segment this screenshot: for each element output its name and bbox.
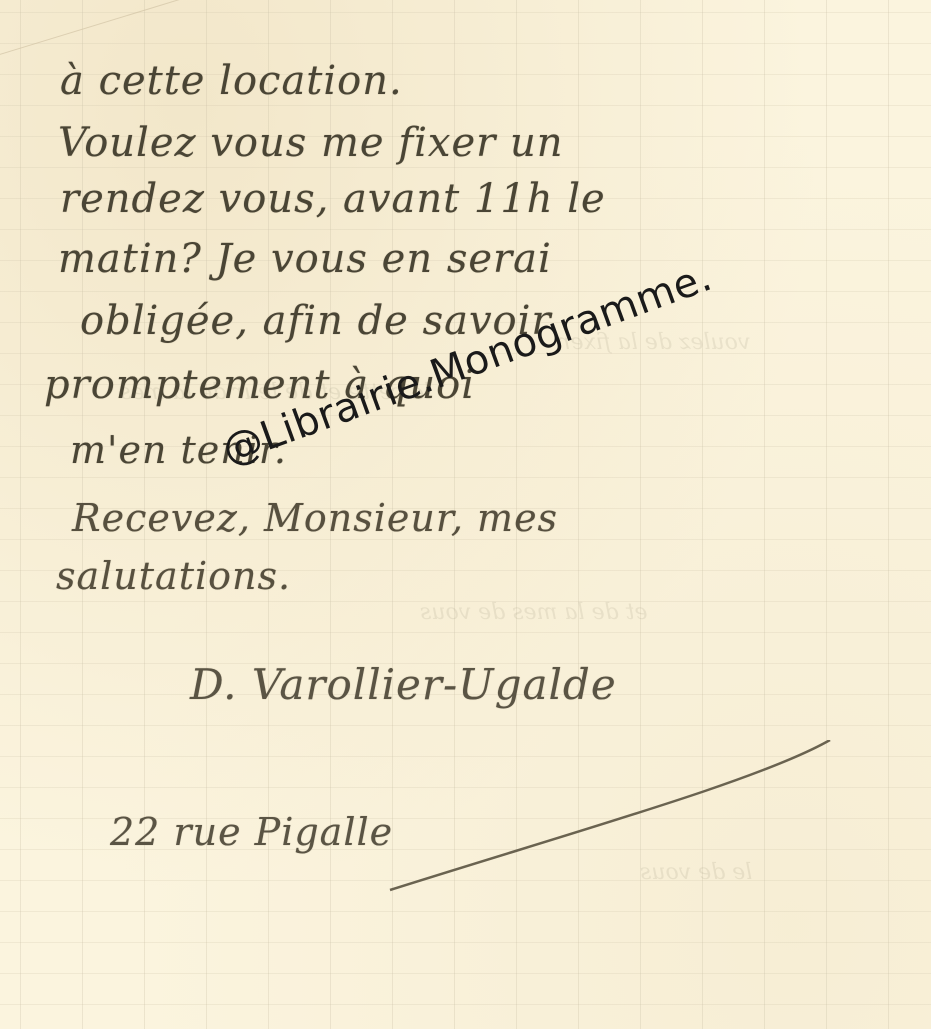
- signature: D. Varollier-Ugalde: [190, 660, 617, 709]
- paper-fold-crease: [0, 0, 286, 61]
- ink-bleed-through: et de la mes de vous: [420, 600, 648, 625]
- letter-line-1: à cette location.: [60, 58, 403, 104]
- letter-line-9: salutations.: [56, 554, 291, 598]
- letter-line-2: Voulez vous me fixer un: [58, 120, 564, 166]
- letter-line-4: matin? Je vous en serai: [58, 236, 552, 282]
- sender-address: 22 rue Pigalle: [110, 810, 393, 854]
- letter-paper: la cette et de leur de la mes voulez de …: [0, 0, 931, 1029]
- letter-line-3: rendez vous, avant 11h le: [60, 176, 606, 222]
- signature-flourish: [380, 740, 840, 900]
- letter-line-8: Recevez, Monsieur, mes: [72, 496, 558, 540]
